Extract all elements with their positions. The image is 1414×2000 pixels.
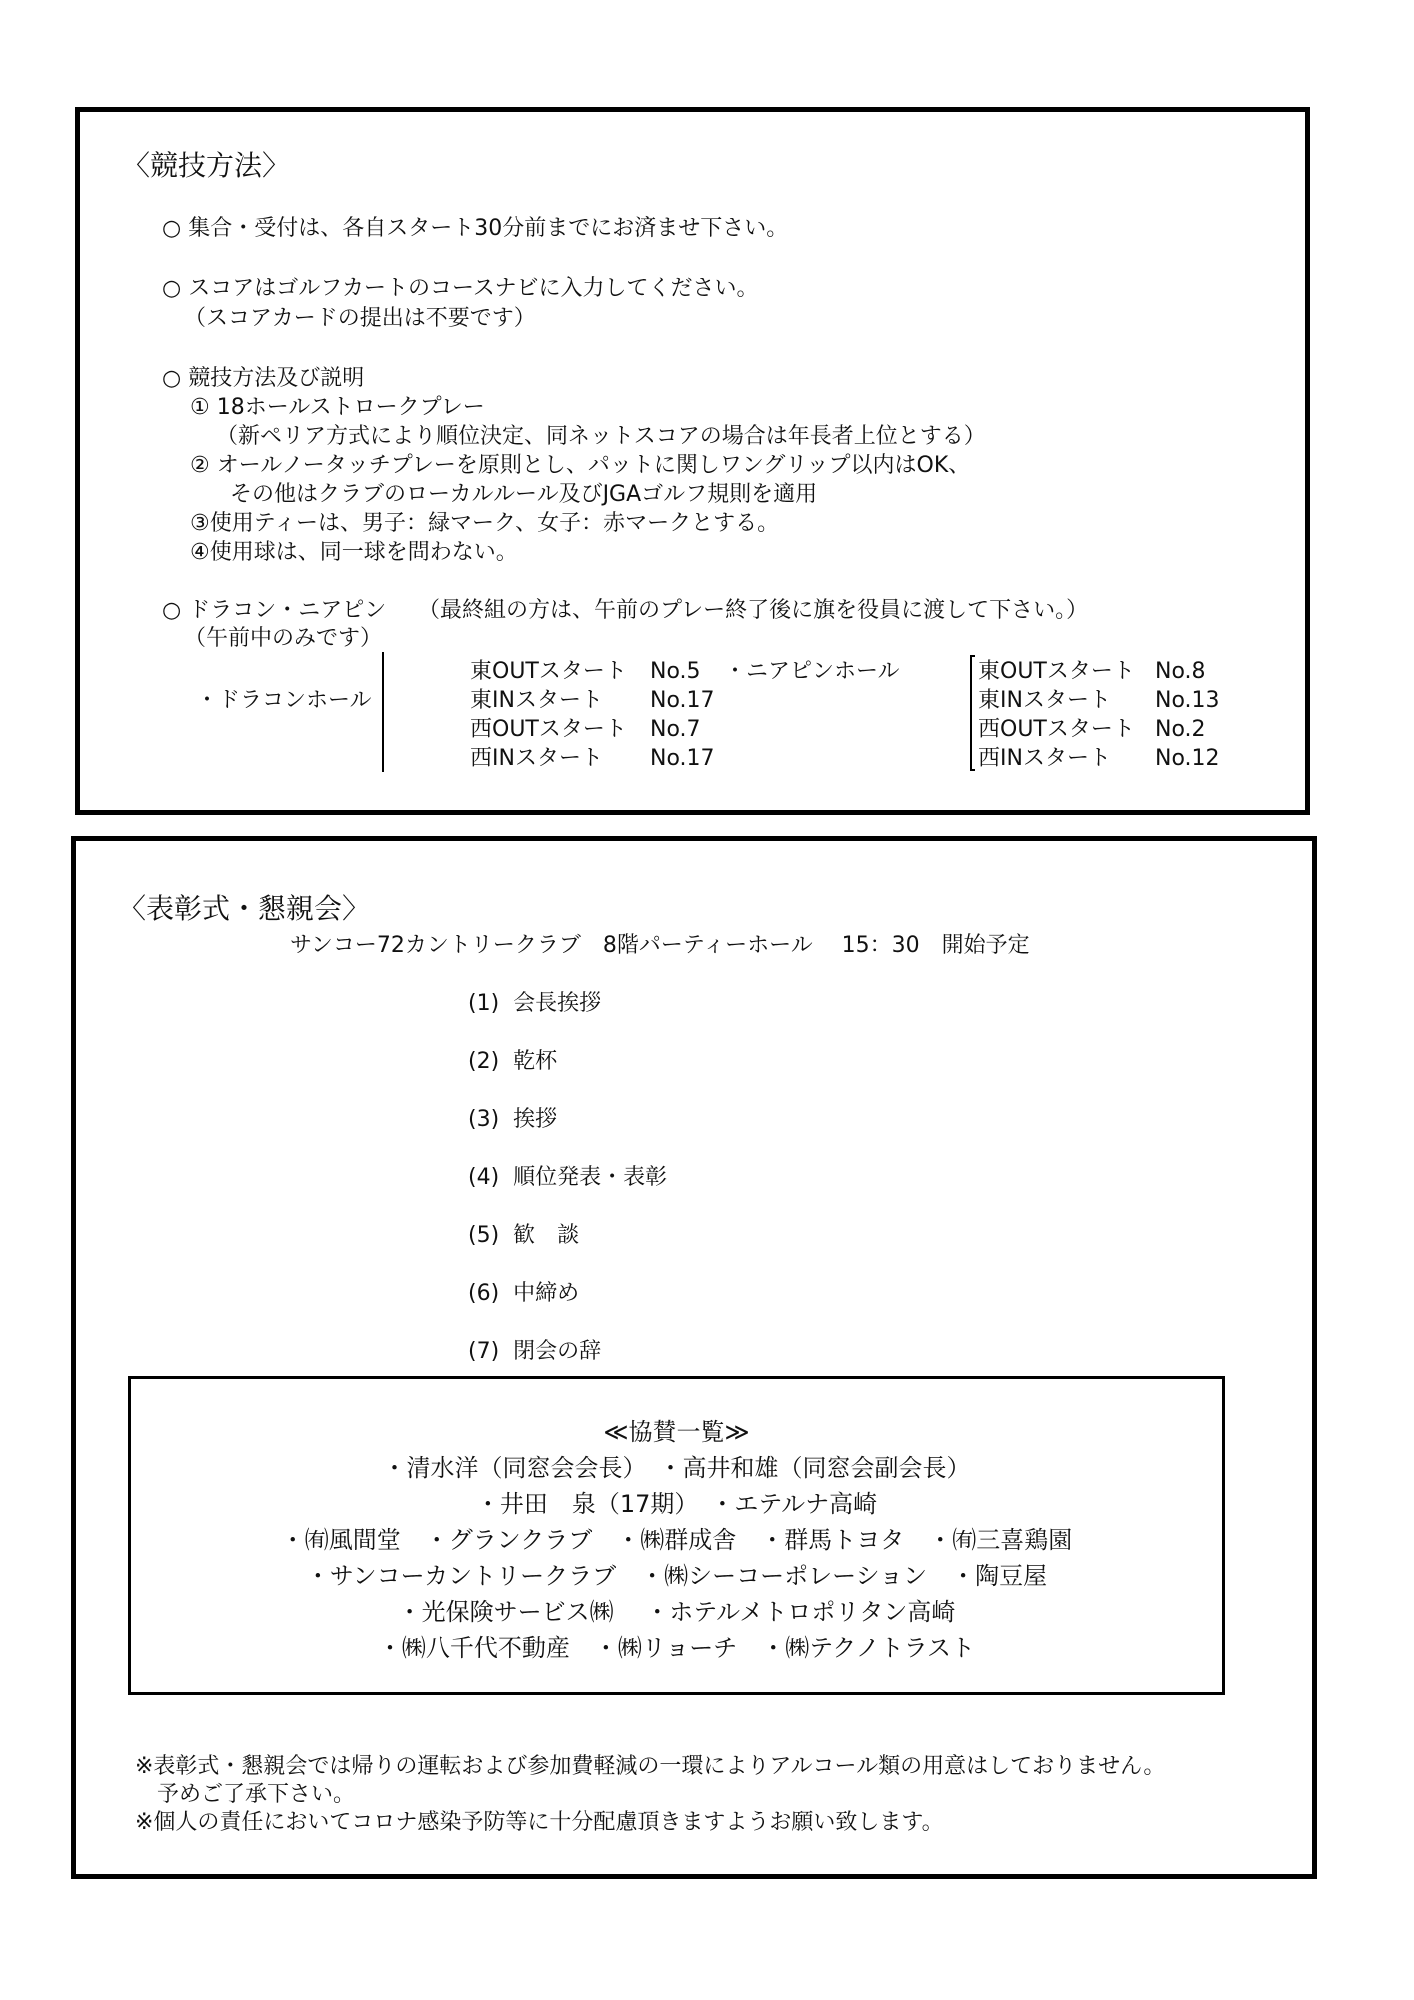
rule-2: ② オールノータッチプレーを原則とし、パットに関しワングリップ以内はOK、 bbox=[190, 455, 970, 477]
item-score-sub: （スコアカードの提出は不要です） bbox=[184, 308, 536, 330]
program-text: 挨拶 bbox=[513, 1107, 557, 1132]
program-text: 乾杯 bbox=[513, 1049, 557, 1074]
circle-bullet-icon: ○ bbox=[162, 366, 181, 391]
rule-number: ④ bbox=[190, 540, 210, 565]
rule-text: オールノータッチプレーを原則とし、パットに関しワングリップ以内はOK、 bbox=[210, 453, 971, 478]
program-number: (2) bbox=[468, 1049, 499, 1074]
program-number: (4) bbox=[468, 1165, 499, 1190]
program-item: (1) 会長挨拶 bbox=[468, 993, 601, 1015]
ceremony-venue: サンコー72カントリークラブ 8階パーティーホール 15：30 開始予定 bbox=[290, 935, 1030, 957]
rule-text: 使用ティーは、男子：緑マーク、女子：赤マークとする。 bbox=[210, 511, 779, 536]
rule-number: ② bbox=[190, 453, 210, 478]
program-number: (7) bbox=[468, 1339, 499, 1364]
program-item: (4) 順位発表・表彰 bbox=[468, 1167, 667, 1189]
sponsors-title: ≪協賛一覧≫ bbox=[128, 1420, 1225, 1444]
dracon-hole-course: 西OUTスタート bbox=[470, 719, 627, 741]
bracket-line bbox=[970, 655, 972, 771]
dracon-title-text: ドラコン・ニアピン bbox=[188, 598, 386, 623]
dracon-sub: （午前中のみです） bbox=[184, 628, 382, 650]
nearpin-hole-label: ・ニアピンホール bbox=[724, 661, 900, 683]
nearpin-hole-course: 東INスタート bbox=[978, 690, 1111, 712]
program-text: 閉会の辞 bbox=[513, 1339, 601, 1364]
program-text: 中締め bbox=[513, 1281, 579, 1306]
sponsor-line: ・サンコーカントリークラブ ・㈱シーコーポレーション ・陶豆屋 bbox=[128, 1564, 1225, 1588]
rule-text: 18ホールストロークプレー bbox=[210, 395, 485, 420]
program-item: (2) 乾杯 bbox=[468, 1051, 557, 1073]
sponsor-line: ・清水洋（同窓会会長） ・高井和雄（同窓会副会長） bbox=[128, 1456, 1225, 1480]
circle-bullet-icon: ○ bbox=[162, 216, 181, 241]
note-covid: ※個人の責任においてコロナ感染予防等に十分配慮頂きますようお願い致します。 bbox=[135, 1812, 944, 1834]
program-number: (6) bbox=[468, 1281, 499, 1306]
dracon-hole-course: 東OUTスタート bbox=[470, 661, 627, 683]
program-number: (5) bbox=[468, 1223, 499, 1248]
rule-number: ① bbox=[190, 395, 210, 420]
dracon-hole-number: No.17 bbox=[650, 690, 715, 712]
rule-1-detail: （新ペリア方式により順位決定、同ネットスコアの場合は年長者上位とする） bbox=[216, 426, 986, 448]
nearpin-hole-number: No.8 bbox=[1155, 661, 1206, 683]
dracon-hole-course: 西INスタート bbox=[470, 748, 603, 770]
divider-line bbox=[382, 652, 384, 772]
ceremony-heading: 〈表彰式・懇親会〉 bbox=[118, 895, 370, 923]
rule-4: ④使用球は、同一球を問わない。 bbox=[190, 542, 518, 564]
item-reception: ○ 集合・受付は、各自スタート30分前までにお済ませ下さい。 bbox=[162, 218, 788, 240]
item-text: 競技方法及び説明 bbox=[188, 366, 364, 391]
nearpin-hole-course: 西INスタート bbox=[978, 748, 1111, 770]
dracon-hole-number: No.5 bbox=[650, 661, 701, 683]
rule-3: ③使用ティーは、男子：緑マーク、女子：赤マークとする。 bbox=[190, 513, 779, 535]
circle-bullet-icon: ○ bbox=[162, 276, 181, 301]
sponsor-line: ・光保険サービス㈱ ・ホテルメトロポリタン高崎 bbox=[128, 1600, 1225, 1624]
dracon-hole-number: No.17 bbox=[650, 748, 715, 770]
program-number: (1) bbox=[468, 991, 499, 1016]
competition-heading: 〈競技方法〉 bbox=[122, 152, 290, 180]
circle-bullet-icon: ○ bbox=[162, 598, 181, 623]
ceremony-section bbox=[71, 836, 1317, 1879]
rule-1: ① 18ホールストロークプレー bbox=[190, 397, 485, 419]
dracon-hole-label: ・ドラコンホール bbox=[196, 690, 372, 712]
program-text: 歓 談 bbox=[513, 1223, 579, 1248]
sponsor-line: ・㈲風間堂 ・グランクラブ ・㈱群成舎 ・群馬トヨタ ・㈲三喜鶏園 bbox=[128, 1528, 1225, 1552]
nearpin-hole-course: 西OUTスタート bbox=[978, 719, 1135, 741]
dracon-hole-number: No.7 bbox=[650, 719, 701, 741]
rule-2-detail: その他はクラブのローカルルール及びJGAゴルフ規則を適用 bbox=[230, 484, 817, 506]
program-item: (3) 挨拶 bbox=[468, 1109, 557, 1131]
rule-text: 使用球は、同一球を問わない。 bbox=[210, 540, 518, 565]
program-text: 順位発表・表彰 bbox=[513, 1165, 667, 1190]
sponsor-line: ・㈱八千代不動産 ・㈱リョーチ ・㈱テクノトラスト bbox=[128, 1636, 1225, 1660]
program-item: (5) 歓 談 bbox=[468, 1225, 579, 1247]
item-score: ○ スコアはゴルフカートのコースナビに入力してください。 bbox=[162, 278, 758, 300]
note-alcohol-cont: 予めご了承下さい。 bbox=[135, 1784, 355, 1806]
nearpin-hole-number: No.13 bbox=[1155, 690, 1220, 712]
nearpin-hole-course: 東OUTスタート bbox=[978, 661, 1135, 683]
nearpin-hole-number: No.2 bbox=[1155, 719, 1206, 741]
dracon-hole-course: 東INスタート bbox=[470, 690, 603, 712]
note-alcohol: ※表彰式・懇親会では帰りの運転および参加費軽減の一環によりアルコール類の用意はし… bbox=[135, 1756, 1165, 1778]
item-text: スコアはゴルフカートのコースナビに入力してください。 bbox=[188, 276, 758, 301]
sponsor-line: ・井田 泉（17期） ・エテルナ高崎 bbox=[128, 1492, 1225, 1516]
nearpin-hole-number: No.12 bbox=[1155, 748, 1220, 770]
item-text: 集合・受付は、各自スタート30分前までにお済ませ下さい。 bbox=[188, 216, 788, 241]
dracon-note: （最終組の方は、午前のプレー終了後に旗を役員に渡して下さい。） bbox=[418, 600, 1088, 622]
program-item: (7) 閉会の辞 bbox=[468, 1341, 601, 1363]
rule-number: ③ bbox=[190, 511, 210, 536]
program-item: (6) 中締め bbox=[468, 1283, 579, 1305]
item-method: ○ 競技方法及び説明 bbox=[162, 368, 364, 390]
dracon-title: ○ ドラコン・ニアピン bbox=[162, 600, 386, 622]
program-number: (3) bbox=[468, 1107, 499, 1132]
program-text: 会長挨拶 bbox=[513, 991, 601, 1016]
